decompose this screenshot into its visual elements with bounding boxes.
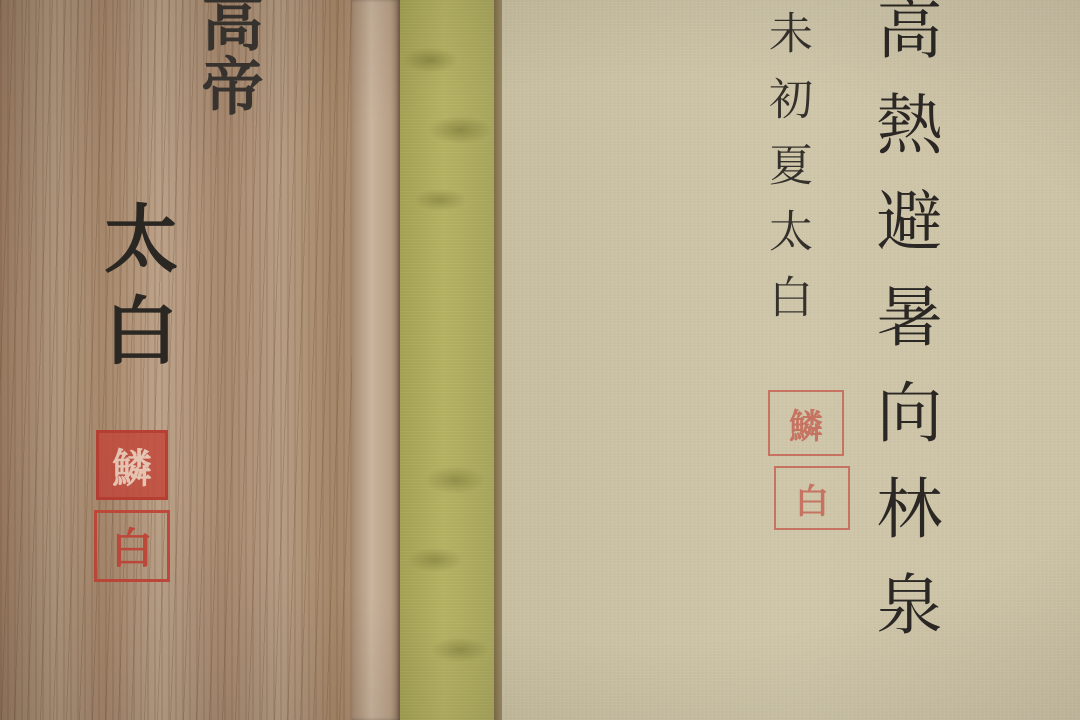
scroll-seal-upper: 鱗 bbox=[768, 390, 844, 456]
brocade-mounting bbox=[400, 0, 498, 720]
box-signature: 太白 bbox=[98, 200, 172, 384]
scroll-seal-lower: 白 bbox=[774, 466, 850, 530]
mounting-edge bbox=[494, 0, 502, 720]
box-seal-lower: 白 bbox=[94, 510, 170, 582]
box-title-inscription: 高帝 bbox=[196, 0, 258, 118]
box-seal-upper: 鱗 bbox=[96, 430, 168, 500]
scroll-signature-column: 未初夏太白 bbox=[764, 10, 808, 340]
scroll-and-box-photo: 高帝 太白 鱗 白 高熱避暑向林泉 未初夏太白 鱗 白 bbox=[0, 0, 1080, 720]
wooden-box-edge bbox=[352, 0, 400, 720]
poem-column: 高熱避暑向林泉 bbox=[870, 0, 936, 666]
